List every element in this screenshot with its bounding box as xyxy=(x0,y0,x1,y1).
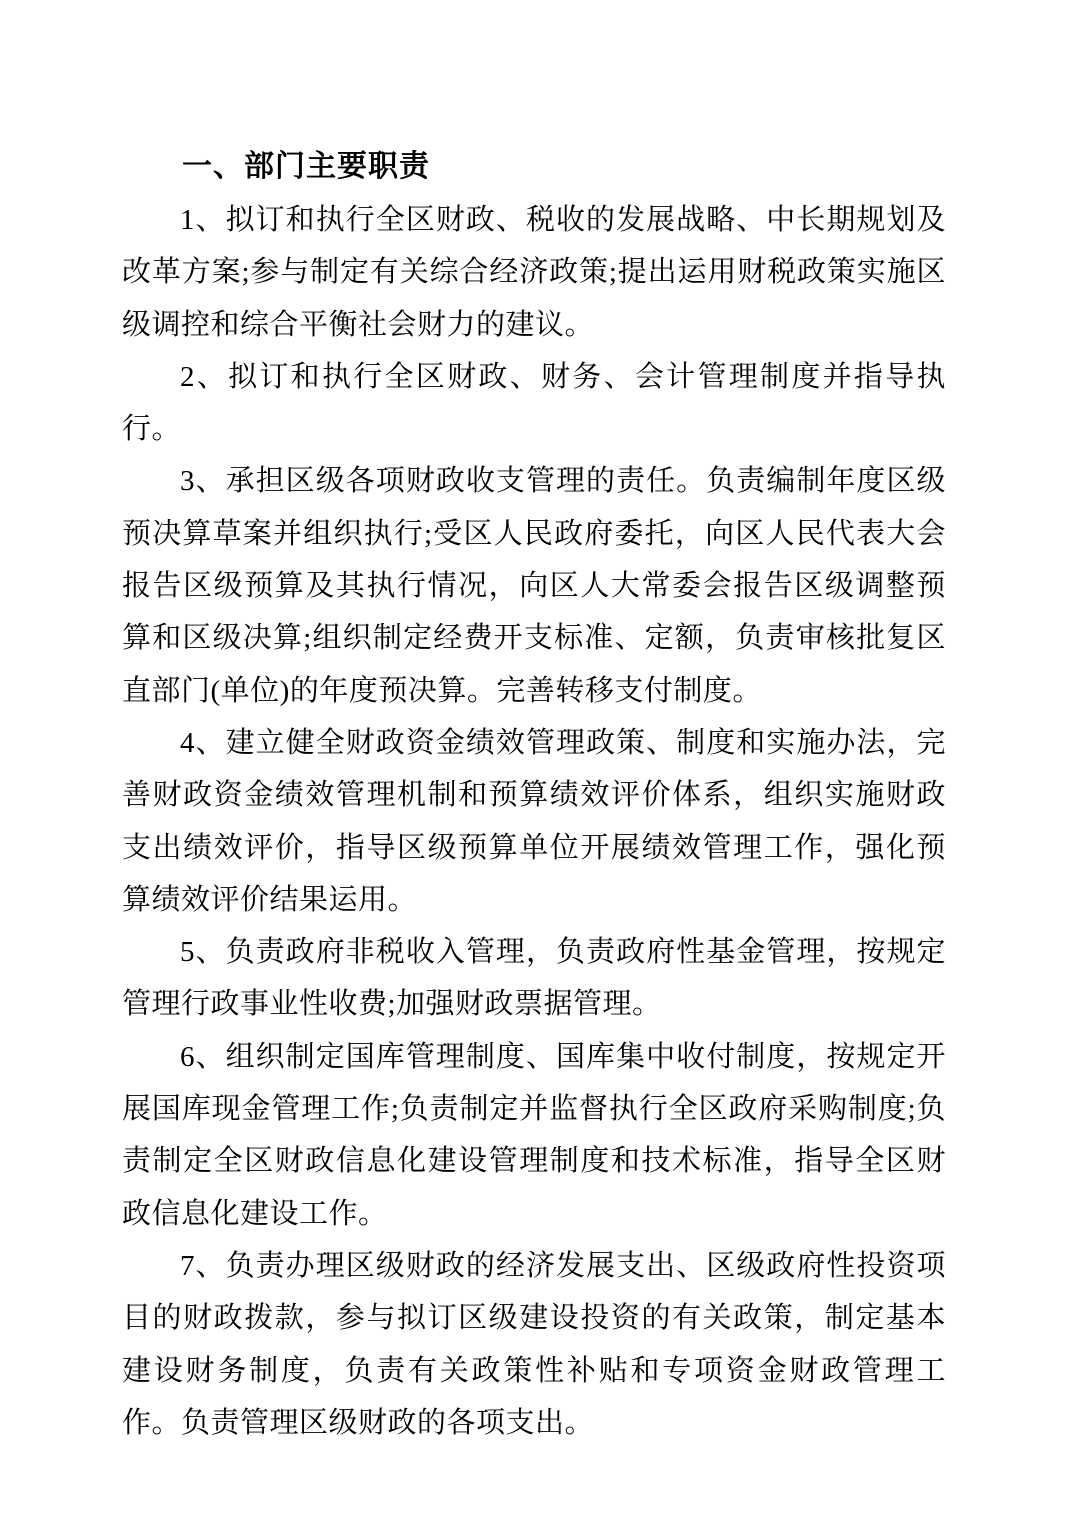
document-page: 一、部门主要职责 1、拟订和执行全区财政、税收的发展战略、中长期规划及改革方案;… xyxy=(122,140,946,1449)
paragraph-6: 6、组织制定国库管理制度、国库集中收付制度，按规定开展国库现金管理工作;负责制定… xyxy=(122,1031,946,1240)
paragraph-3: 3、承担区级各项财政收支管理的责任。负责编制年度区级预决算草案并组织执行;受区人… xyxy=(122,455,946,716)
paragraph-2: 2、拟订和执行全区财政、财务、会计管理制度并指导执行。 xyxy=(122,351,946,456)
paragraph-5: 5、负责政府非税收入管理，负责政府性基金管理，按规定管理行政事业性收费;加强财政… xyxy=(122,926,946,1031)
section-heading: 一、部门主要职责 xyxy=(122,140,946,194)
paragraph-7: 7、负责办理区级财政的经济发展支出、区级政府性投资项目的财政拨款，参与拟订区级建… xyxy=(122,1240,946,1449)
paragraph-4: 4、建立健全财政资金绩效管理政策、制度和实施办法，完善财政资金绩效管理机制和预算… xyxy=(122,717,946,926)
paragraph-1: 1、拟订和执行全区财政、税收的发展战略、中长期规划及改革方案;参与制定有关综合经… xyxy=(122,194,946,351)
